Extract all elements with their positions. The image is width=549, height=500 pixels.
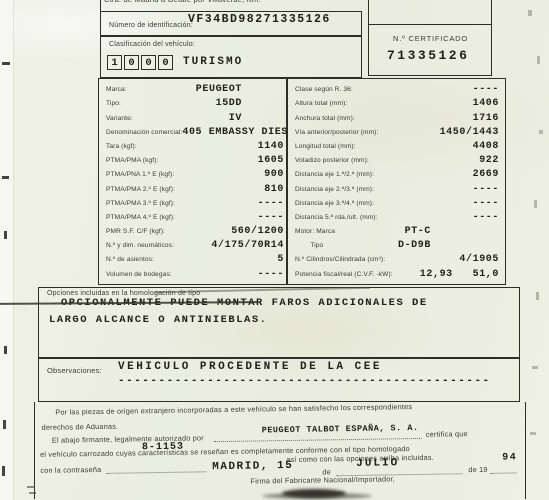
spec-value: D-D9B — [398, 240, 431, 251]
margin-mark — [534, 200, 537, 208]
spec-value: 900 — [264, 169, 284, 180]
spec-row: PTMA/PMA 2.º E (kgf):810 — [106, 182, 284, 196]
spec-row: Vía anterior/posterior (mm):1450/1443 — [295, 126, 499, 140]
margin-mark — [2, 466, 5, 476]
technical-spec-table: Marca:PEUGEOTTipo:15DDVariante:IVDenomin… — [98, 78, 506, 285]
spec-label: Anchura total (mm): — [295, 115, 355, 122]
spec-value: 4/1905 — [459, 254, 499, 265]
spec-row: Clase según R. 36:---- — [295, 83, 499, 97]
spec-label: N.º y dim. neumáticos: — [106, 242, 174, 249]
spec-label: PTMA/PNA 1.º E (kgf): — [106, 171, 174, 178]
spec-label: Variante: — [106, 115, 133, 122]
spec-value: 15DD — [216, 98, 242, 109]
margin-mark — [537, 56, 540, 64]
spec-label: Distancia eje 2.ª/3.ª (mm): — [295, 186, 374, 193]
spec-label: PTMA/PMA 4.º E (kgf): — [106, 214, 175, 221]
spec-row: Anchura total (mm):1716 — [295, 111, 499, 125]
margin-mark — [532, 366, 538, 369]
spec-label: Clase según R. 36: — [295, 86, 353, 93]
margin-mark — [528, 10, 532, 16]
spec-value: 4/175/70R14 — [211, 240, 284, 251]
spec-value: 5 — [277, 254, 284, 265]
spec-column-right: Clase según R. 36:----Altura total (mm):… — [295, 83, 499, 281]
classification-code-digits: 1 0 0 0 — [107, 55, 173, 70]
form-border-segment — [100, 0, 101, 11]
classification-label: Clasificación del vehículo: — [109, 41, 195, 48]
spec-label: N.º Cilindros/Cilindrada (cm³): — [295, 256, 385, 263]
spec-label: PTMA/PMA 2.º E (kgf): — [106, 186, 175, 193]
spec-label: Tipo: — [106, 100, 121, 107]
spec-row: Distancia eje 1.ª/2.ª (mm):2669 — [295, 168, 499, 182]
spec-label: Distancia 5.ª rda./ult. (mm): — [295, 214, 378, 221]
spec-value: 1605 — [258, 155, 284, 166]
margin-mark — [2, 62, 10, 65]
spec-row: Tipo:15DD — [106, 97, 284, 111]
spec-row: Volumen de bodegas:---- — [106, 267, 284, 281]
customs-line1: Por las piezas de origen extranjero inco… — [55, 402, 412, 417]
spec-value: ---- — [258, 198, 284, 209]
classification-digit: 1 — [107, 55, 122, 70]
dotted-leader — [106, 465, 206, 474]
spec-value: 405 EMBASSY DIES — [182, 127, 288, 138]
spec-value: ---- — [473, 184, 499, 195]
spec-row: Tara (kgf):1140 — [106, 140, 284, 154]
spec-label: Tipo — [295, 242, 323, 249]
margin-mark — [4, 231, 7, 239]
spec-value: 2669 — [473, 169, 499, 180]
spec-label: Potencia fiscal/real (C.V.F. -kW): — [295, 271, 393, 278]
spec-row: Marca:PEUGEOT — [106, 83, 284, 97]
spec-value: PEUGEOT — [196, 84, 242, 95]
margin-mark — [536, 292, 539, 300]
margin-mark — [27, 486, 35, 488]
spec-row: Altura total (mm):1406 — [295, 97, 499, 111]
spec-row: PTMA/PMA (kgf):1605 — [106, 154, 284, 168]
observations-label: Observaciones: — [47, 366, 102, 375]
dotted-leader — [490, 466, 516, 473]
margin-mark — [539, 130, 543, 134]
spec-value: 1450/1443 — [440, 127, 499, 138]
spec-label: PTMA/PMA (kgf): — [106, 157, 158, 164]
spec-label: Marca: — [106, 86, 127, 93]
spec-row: TipoD-D9B — [295, 239, 499, 253]
year-value: 94 — [502, 452, 517, 463]
spec-row: Variante:IV — [106, 111, 284, 125]
password-label: con la contraseña — [40, 465, 101, 475]
spec-row: Distancia 5.ª rda./ult. (mm):---- — [295, 211, 499, 225]
certificate-number-label: N.º CERTIFICADO — [393, 34, 468, 43]
spec-row: N.º Cilindros/Cilindrada (cm³):4/1905 — [295, 253, 499, 267]
vehicle-classification-box: Clasificación del vehículo: 1 0 0 0 TURI… — [100, 36, 362, 78]
scanned-certificate-page: Ctra. de Madrid a Getafe por Villaverde,… — [0, 0, 549, 500]
spec-value: PT-C — [405, 226, 431, 237]
spec-row: PMR S.F. C/F (kgf):560/1200 — [106, 225, 284, 239]
margin-mark — [3, 420, 6, 429]
customs-line2: derechos de Aduanas. — [42, 422, 119, 432]
spec-row: PTMA/PMA 4.º E (kgf):---- — [106, 211, 284, 225]
manufacturer-address-line: Ctra. de Madrid a Getafe por Villaverde,… — [104, 0, 261, 4]
spec-value: ---- — [473, 84, 499, 95]
classification-digit: 0 — [124, 55, 139, 70]
spec-value: 810 — [264, 184, 284, 195]
spec-row: Denominación comercial:405 EMBASSY DIES — [106, 126, 284, 140]
classification-digit: 0 — [141, 55, 156, 70]
spec-label: Vía anterior/posterior (mm): — [295, 129, 378, 136]
options-box: Opciones incluidas en la homologación de… — [38, 287, 520, 358]
spec-value: 922 — [479, 155, 499, 166]
spec-value: 1406 — [473, 98, 499, 109]
spec-value: ---- — [258, 269, 284, 280]
spec-row: Voladizo posterior (mm):922 — [295, 154, 499, 168]
table-column-divider — [286, 79, 288, 284]
margin-mark — [2, 176, 9, 179]
spec-column-left: Marca:PEUGEOTTipo:15DDVariante:IVDenomin… — [106, 83, 284, 281]
spec-value: IV — [229, 113, 242, 124]
certification-text-block: Por las piezas de origen extranjero inco… — [33, 394, 526, 500]
margin-mark — [530, 432, 536, 435]
options-line2: LARGO ALCANCE O ANTINIEBLAS. — [49, 314, 267, 326]
spec-row: PTMA/PNA 1.º E (kgf):900 — [106, 168, 284, 182]
spec-row: Distancia eje 2.ª/3.ª (mm):---- — [295, 182, 499, 196]
spec-row: Longitud total (mm):4408 — [295, 140, 499, 154]
identification-number-label: Número de identificación: — [109, 22, 193, 29]
observations-dashed-line: ----------------------------------------… — [118, 375, 491, 387]
classification-value: TURISMO — [183, 56, 243, 68]
signer-line-post: certifica que — [426, 429, 468, 439]
certificate-number-value: 71335126 — [387, 48, 469, 63]
classification-digit: 0 — [158, 55, 173, 70]
signature-caption: Firma del Fabricante Nacional/Importador… — [250, 474, 395, 485]
spec-row: N.º de asientos:5 — [106, 253, 284, 267]
homologation-password-value: 8-1153 — [142, 442, 184, 454]
spec-value: 1140 — [258, 141, 284, 152]
spec-label: Denominación comercial: — [106, 129, 182, 136]
year-label: de 19 — [468, 465, 487, 474]
spec-row: Motor: MarcaPT-C — [295, 225, 499, 239]
spec-value: ---- — [258, 212, 284, 223]
spec-label: Altura total (mm): — [295, 100, 347, 107]
spec-label: Longitud total (mm): — [295, 143, 356, 150]
margin-mark — [29, 492, 36, 494]
spec-row: Potencia fiscal/real (C.V.F. -kW):12,93 … — [295, 267, 499, 281]
spec-value: 4408 — [473, 141, 499, 152]
month-value: JULIO — [356, 457, 399, 470]
spec-row: N.º y dim. neumáticos:4/175/70R14 — [106, 239, 284, 253]
certificate-number-box: N.º CERTIFICADO 71335126 — [368, 24, 492, 76]
margin-mark — [4, 346, 7, 354]
spec-label: PMR S.F. C/F (kgf): — [106, 228, 165, 235]
spec-label: Motor: Marca — [295, 228, 335, 235]
spec-label: Distancia eje 1.ª/2.ª (mm): — [295, 171, 374, 178]
vin-value: VF34BD98271335126 — [188, 13, 331, 26]
spec-value: 12,93 51,0 — [420, 269, 499, 280]
observations-value: VEHICULO PROCEDENTE DE LA CEE — [118, 361, 382, 373]
spec-label: PTMA/PMA 3.º E (kgf): — [106, 200, 175, 207]
spec-label: Volumen de bodegas: — [106, 271, 172, 278]
spec-label: Tara (kgf): — [106, 143, 137, 150]
spec-row: Distancia eje 3.ª/4.ª (mm):---- — [295, 196, 499, 210]
signature-smudge — [262, 493, 372, 499]
spec-row: PTMA/PMA 3.º E (kgf):---- — [106, 196, 284, 210]
spec-value: 560/1200 — [231, 226, 284, 237]
spec-label: Voladizo posterior (mm): — [295, 157, 369, 164]
spec-label: N.º de asientos: — [106, 256, 154, 263]
spec-value: ---- — [473, 212, 499, 223]
spec-label: Distancia eje 3.ª/4.ª (mm): — [295, 200, 374, 207]
spec-value: ---- — [473, 198, 499, 209]
city-date-value: MADRID, 15 — [212, 460, 293, 473]
spec-value: 1716 — [473, 113, 499, 124]
partial-upper-box — [368, 0, 492, 24]
